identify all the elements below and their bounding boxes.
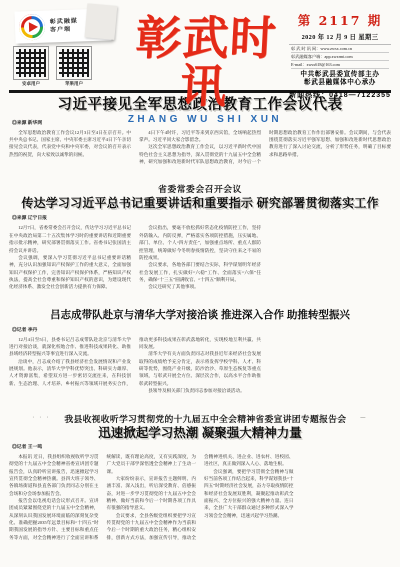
article3-headline: 吕志成带队赴京与清华大学对接洽谈 推进深入合作 助推转型振兴 [9, 309, 391, 321]
app-name: 彰武融媒 客户端 [50, 17, 79, 34]
app-name-line2: 客户端 [50, 25, 78, 34]
contact-lines: 彰 武 时 讯 网：www.zwsx.com.cn彰武融媒客户端：app.zwx… [289, 44, 391, 69]
paragraph: 彰武融媒客户端：app.zwxrmt.com [291, 53, 389, 61]
newspaper-front-page: 彰武融媒 客户端 安卓用户 苹果用户 彰武时讯 ZHANG WU SHI XUN… [0, 0, 400, 567]
qr-code-ios-icon [56, 46, 92, 80]
paragraph: 会议强调，要把学习贯彻全会精神与做好当前各项工作结合起来，科学谋划我县“十四五”… [204, 468, 294, 519]
article4-byline: ◎记者 王一鸣 [12, 443, 391, 450]
qr-code-android-icon [13, 46, 49, 80]
app-promo-block: 彰武融媒 客户端 安卓用户 苹果用户 [9, 8, 121, 88]
paragraph: 会议强调，要深入学习贯彻习近平总书记重要讲话精神，充分认识加强知识产权保护工作的… [9, 254, 131, 291]
app-logo-icon [19, 14, 46, 41]
paragraph: 县领导及相关部门负责同志参加对接洽谈活动。 [139, 387, 261, 394]
paper-title-pinyin: ZHANG WU SHI XUN [121, 114, 289, 125]
sponsor-line-2: 彰武县融媒体中心承办 [289, 79, 391, 88]
article-plenum-spirit-report: · · · 我县收视收听学习贯彻党的十九届五中全会精神省委宣讲团专题报告会 — … [9, 412, 391, 548]
article2-kicker: 省委常委会召开会议 [9, 182, 391, 195]
qr-android-caption: 安卓用户 [13, 81, 49, 87]
sponsor-lines: 中共彰武县委宣传部主办 彰武县融媒体中心承办 [289, 71, 391, 88]
article2-headline: 传达学习习近平总书记重要讲话和重要指示 研究部署贯彻落实工作 [9, 197, 391, 211]
issue-date: 2020 年 12 月 9 日 星期三 [289, 32, 391, 41]
article1-body: 全军思想政治教育工作会议12月3日至4日在京召开。中共中央总书记、国家主席、中央… [9, 129, 391, 171]
paragraph: 12月4日至5日，县委书记吕志成带队赴北京与清华大学进行对接洽谈，就深化校地合作… [9, 336, 131, 358]
paragraph: 清华大学有关方面负责同志对我县近年来经济社会发展取得的成绩给予充分肯定，表示将发… [139, 350, 261, 387]
paragraph: 本报讯 近日，我县组织收视收听学习贯彻党的十九届五中全会精神省委宣讲团专题报告会… [9, 453, 99, 497]
qr-row: 安卓用户 苹果用户 [13, 46, 121, 87]
article-tsinghua-cooperation: 吕志成带队赴京与清华大学对接洽谈 推进深入合作 助推转型振兴 ◎记者 李丹 12… [9, 309, 391, 399]
article-provincial-committee-meeting: 省委常委会召开会议 传达学习习近平总书记重要讲话和重要指示 研究部署贯彻落实工作… [9, 182, 391, 297]
qr-ios-caption: 苹果用户 [56, 81, 92, 87]
paper-title: 彰武时讯 [118, 14, 291, 111]
kicker-right-ornament: — [360, 415, 367, 421]
article4-body: 本报讯 近日，我县组织收视收听学习贯彻党的十九届五中全会精神省委宣讲团专题报告会… [9, 453, 391, 548]
paragraph: 大家纷纷表示，宣讲报告主题鲜明、内涵丰富、深入浅出，听后深受教育、倍感振奋，对进… [107, 475, 197, 512]
masthead-center: 彰武时讯 ZHANG WU SHI XUN [121, 8, 289, 88]
article4-kicker-row: · · · 我县收视收听学习贯彻党的十九届五中全会精神省委宣讲团专题报告会 — [9, 412, 391, 425]
article4-headline: 迅速掀起学习热潮 凝聚强大精神力量 [9, 426, 391, 440]
article3-byline: ◎记者 李丹 [12, 326, 391, 333]
qr-ios: 苹果用户 [56, 46, 92, 87]
article3-body: 12月4日至5日，县委书记吕志成带队赴北京与清华大学进行对接洽谈，就深化校地合作… [9, 336, 391, 400]
paragraph: 彰 武 时 讯 网：www.zwsx.com.cn [291, 45, 389, 53]
paragraph: 会议要求，各地各部门要结合实际，科学谋划明年经济社会发展工作，扎实做好“六稳”工… [139, 261, 261, 283]
kicker-left-ornament: · · · [33, 415, 51, 421]
paragraph: 12月7日，省委常委会召开会议，传达学习习近平总书记在中央政治局第二十五次集体学… [9, 224, 131, 253]
paragraph: 全军思想政治教育工作会议12月3日至4日在京召开。中共中央总书记、国家主席、中央… [9, 129, 131, 158]
paragraph: 4日下午4时许，习近平等来到京西宾馆，全场响起热烈掌声。习近平同大家合影留念。 [139, 129, 261, 144]
article2-body: 12月7日，省委常委会召开会议，传达学习习近平总书记在中央政治局第二十五次集体学… [9, 224, 391, 296]
paragraph: E-mail：zwsx618@163.com [291, 61, 389, 69]
article4-kicker: 我县收视收听学习贯彻党的十九届五中全会精神省委宣讲团专题报告会 [64, 412, 346, 425]
qr-android: 安卓用户 [13, 46, 49, 87]
masthead: 彰武融媒 客户端 安卓用户 苹果用户 彰武时讯 ZHANG WU SHI XUN… [9, 8, 391, 88]
app-card: 彰武融媒 客户端 [14, 8, 111, 43]
paragraph: 会议还研究了其他事项。 [139, 283, 261, 290]
article2-byline: ◎来源 辽宁日报 [12, 214, 391, 221]
paragraph: 会议指出，要毫不放松抓好常态化疫情防控工作，坚持外防输入、内防反弹，严格落实各项… [139, 224, 261, 261]
issue-info-block: 第 2117 期 2020 年 12 月 9 日 星期三 彰 武 时 讯 网：w… [289, 8, 391, 88]
issue-number: 第 2117 期 [289, 11, 391, 29]
